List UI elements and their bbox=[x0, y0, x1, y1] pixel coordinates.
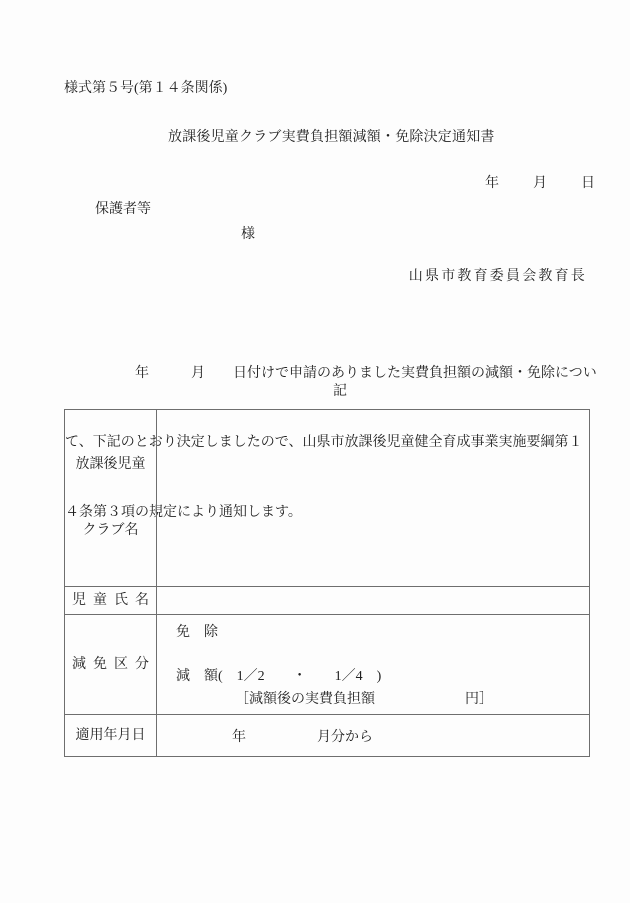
body-line: 年 月 日付けで申請のありました実費負担額の減額・免除につい bbox=[65, 362, 610, 385]
reduced-amount-prefix: ［減額後の実費負担額 bbox=[235, 692, 375, 707]
table-row-category: 減 免 区 分 免 除 減 額( 1／2 ・ 1／4 ) ［減額後の実費負担額円… bbox=[65, 615, 590, 715]
table-row-club-name: 放課後児童 クラブ名 bbox=[65, 410, 590, 587]
child-name-value bbox=[157, 587, 590, 615]
category-value: 免 除 減 額( 1／2 ・ 1／4 ) ［減額後の実費負担額円］ bbox=[157, 615, 590, 715]
apply-date-label: 適用年月日 bbox=[65, 715, 157, 757]
apply-date-year-label: 年 bbox=[232, 730, 246, 745]
record-marker: 記 bbox=[333, 384, 347, 400]
document-title: 放課後児童クラブ実費負担額減額・免除決定通知書 bbox=[168, 130, 495, 146]
table-row-apply-date: 適用年月日 年月分から bbox=[65, 715, 590, 757]
sender: 山県市教育委員会教育長 bbox=[409, 269, 587, 285]
apply-date-month-suffix: 月分から bbox=[317, 730, 373, 745]
reduced-amount-note: ［減額後の実費負担額円］ bbox=[235, 692, 589, 708]
club-name-label-line2: クラブ名 bbox=[65, 520, 156, 542]
issue-date-line: 年月日 bbox=[485, 176, 595, 192]
club-name-value bbox=[157, 410, 590, 587]
reduced-amount-suffix: 円］ bbox=[465, 692, 493, 707]
issue-date-year-label: 年 bbox=[485, 176, 499, 191]
issue-date-month-label: 月 bbox=[533, 176, 547, 191]
category-label: 減 免 区 分 bbox=[65, 615, 157, 715]
addressee: 保護者等 bbox=[95, 202, 151, 218]
exemption-option: 免 除 bbox=[176, 625, 589, 641]
addressee-honorific: 様 bbox=[241, 227, 255, 243]
document-page: 様式第５号(第１４条関係) 放課後児童クラブ実費負担額減額・免除決定通知書 年月… bbox=[0, 0, 630, 903]
club-name-label-line1: 放課後児童 bbox=[65, 454, 156, 476]
table-row-child-name: 児 童 氏 名 bbox=[65, 587, 590, 615]
child-name-label: 児 童 氏 名 bbox=[65, 587, 157, 615]
notification-table: 放課後児童 クラブ名 児 童 氏 名 減 免 区 分 免 除 減 額( 1／2 … bbox=[64, 409, 590, 757]
apply-date-value: 年月分から bbox=[157, 715, 590, 757]
issue-date-day-label: 日 bbox=[581, 176, 595, 191]
form-number: 様式第５号(第１４条関係) bbox=[64, 81, 227, 97]
club-name-label: 放課後児童 クラブ名 bbox=[65, 410, 157, 587]
reduction-option: 減 額( 1／2 ・ 1／4 ) bbox=[176, 669, 589, 685]
